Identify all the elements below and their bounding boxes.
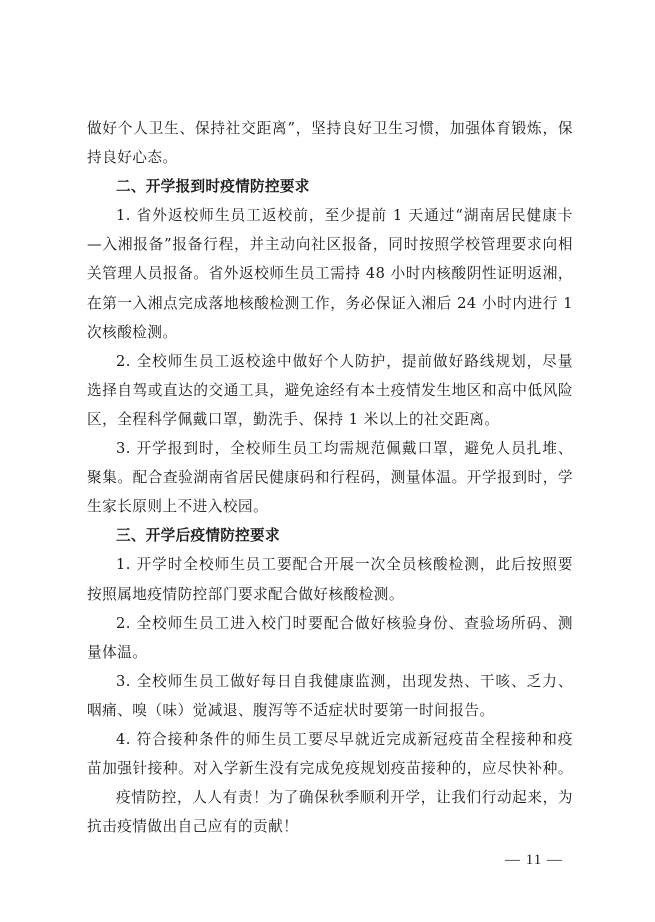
paragraph-line: 3. 全校师生员工做好每日自我健康监测，出现发热、干咳、乏力、: [87, 667, 573, 696]
document-page: 做好个人卫生、保持社交距离”，坚持良好卫生习惯，加强体育锻炼，保 持良好心态。 …: [0, 0, 655, 922]
paragraph-line: 聚集。配合查验湖南省居民健康码和行程码，测量体温。开学报到时，学: [87, 463, 573, 492]
paragraph-line: 1. 省外返校师生员工返校前，至少提前 1 天通过“湖南居民健康卡: [87, 201, 573, 230]
paragraph-line: 苗加强针接种。对入学新生没有完成免疫规划疫苗接种的，应尽快补种。: [87, 754, 573, 783]
paragraph-line: 2. 全校师生员工返校途中做好个人防护，提前做好路线规划，尽量: [87, 347, 573, 376]
paragraph-line: 次核酸检测。: [87, 318, 573, 347]
paragraph-line: 区，全程科学佩戴口罩，勤洗手、保持 1 米以上的社交距离。: [87, 405, 573, 434]
paragraph-line: 做好个人卫生、保持社交距离”，坚持良好卫生习惯，加强体育锻炼，保: [87, 114, 573, 143]
paragraph-line: 1. 开学时全校师生员工要配合开展一次全员核酸检测，此后按照要: [87, 550, 573, 579]
paragraph-line: 在第一入湘点完成落地核酸检测工作，务必保证入湘后 24 小时内进行 1: [87, 289, 573, 318]
paragraph-line: 咽痛、嗅（味）觉减退、腹泻等不适症状时要第一时间报告。: [87, 696, 573, 725]
paragraph-line: 2. 全校师生员工进入校门时要配合做好核验身份、查验场所码、测: [87, 609, 573, 638]
paragraph-line: 按照属地疫情防控部门要求配合做好核酸检测。: [87, 580, 573, 609]
paragraph-line: 选择自驾或直达的交通工具，避免途经有本土疫情发生地区和高中低风险: [87, 376, 573, 405]
section-heading-2: 二、开学报到时疫情防控要求: [87, 172, 573, 201]
paragraph-line: 4. 符合接种条件的师生员工要尽早就近完成新冠疫苗全程接种和疫: [87, 725, 573, 754]
paragraph-line: 疫情防控，人人有责！为了确保秋季顺利开学，让我们行动起来，为: [87, 783, 573, 812]
paragraph-line: 抗击疫情做出自己应有的贡献！: [87, 812, 573, 841]
paragraph-line: 关管理人员报备。省外返校师生员工需持 48 小时内核酸阴性证明返湘，: [87, 259, 573, 288]
paragraph-line: 量体温。: [87, 638, 573, 667]
document-body: 做好个人卫生、保持社交距离”，坚持良好卫生习惯，加强体育锻炼，保 持良好心态。 …: [87, 114, 573, 841]
page-number: — 11 —: [505, 852, 563, 869]
paragraph-line: —入湘报备”报备行程，并主动向社区报备，同时按照学校管理要求向相: [87, 230, 573, 259]
paragraph-line: 持良好心态。: [87, 143, 573, 172]
section-heading-3: 三、开学后疫情防控要求: [87, 521, 573, 550]
paragraph-line: 生家长原则上不进入校园。: [87, 492, 573, 521]
paragraph-line: 3. 开学报到时，全校师生员工均需规范佩戴口罩，避免人员扎堆、: [87, 434, 573, 463]
